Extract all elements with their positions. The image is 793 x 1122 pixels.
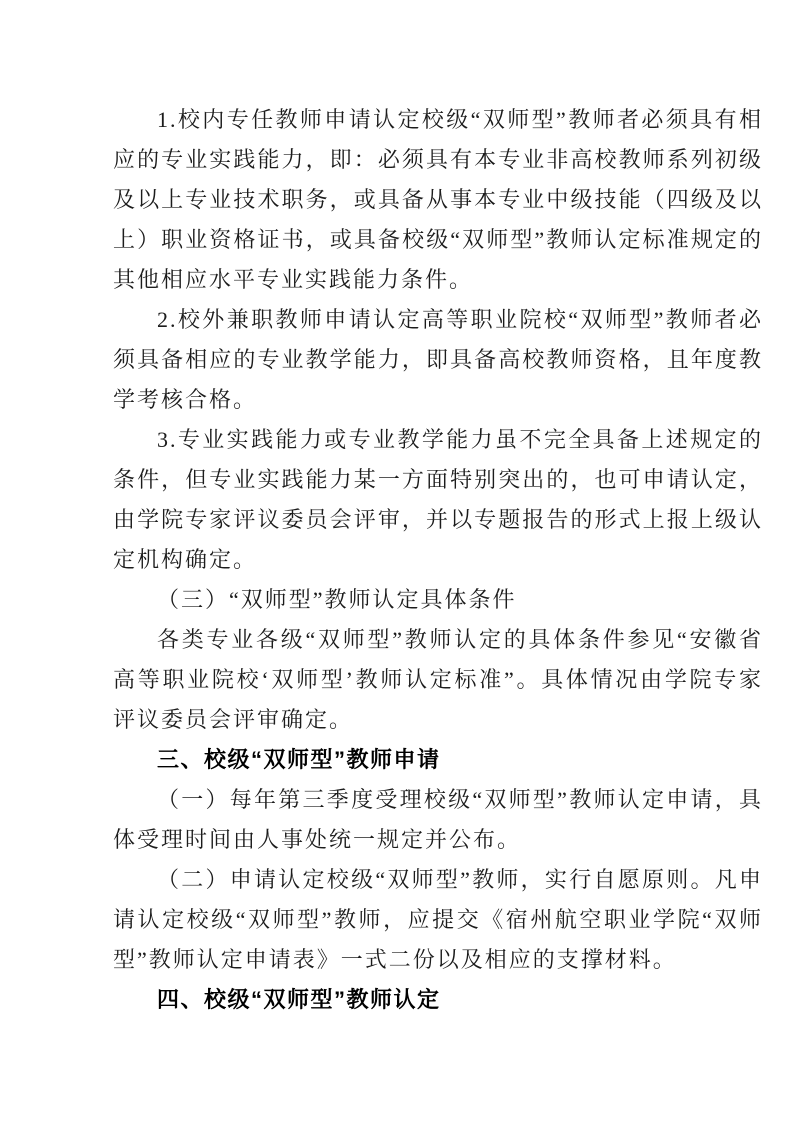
paragraph-item-3-special-cases: 3.专业实践能力或专业教学能力虽不完全具备上述规定的条件，但专业实践能力某一方面… bbox=[113, 420, 763, 580]
document-body: 1.校内专任教师申请认定校级“双师型”教师者必须具有相应的专业实践能力，即：必须… bbox=[113, 100, 763, 1020]
section-heading-four-teacher-certification: 四、校级“双师型”教师认定 bbox=[113, 980, 763, 1020]
document-page: 1.校内专任教师申请认定校级“双师型”教师者必须具有相应的专业实践能力，即：必须… bbox=[0, 0, 793, 1122]
paragraph-application-voluntary: （二）申请认定校级“双师型”教师，实行自愿原则。凡申请认定校级“双师型”教师，应… bbox=[113, 860, 763, 980]
paragraph-item-2-external-teachers: 2.校外兼职教师申请认定高等职业院校“双师型”教师者必须具备相应的专业教学能力，… bbox=[113, 300, 763, 420]
paragraph-application-time: （一）每年第三季度受理校级“双师型”教师认定申请，具体受理时间由人事处统一规定并… bbox=[113, 780, 763, 860]
subsection-heading-three-specific-conditions: （三）“双师型”教师认定具体条件 bbox=[113, 580, 763, 620]
section-heading-three-teacher-application: 三、校级“双师型”教师申请 bbox=[113, 740, 763, 780]
paragraph-item-1-internal-teachers: 1.校内专任教师申请认定校级“双师型”教师者必须具有相应的专业实践能力，即：必须… bbox=[113, 100, 763, 300]
paragraph-specific-conditions-detail: 各类专业各级“双师型”教师认定的具体条件参见“安徽省高等职业院校‘双师型’教师认… bbox=[113, 620, 763, 740]
